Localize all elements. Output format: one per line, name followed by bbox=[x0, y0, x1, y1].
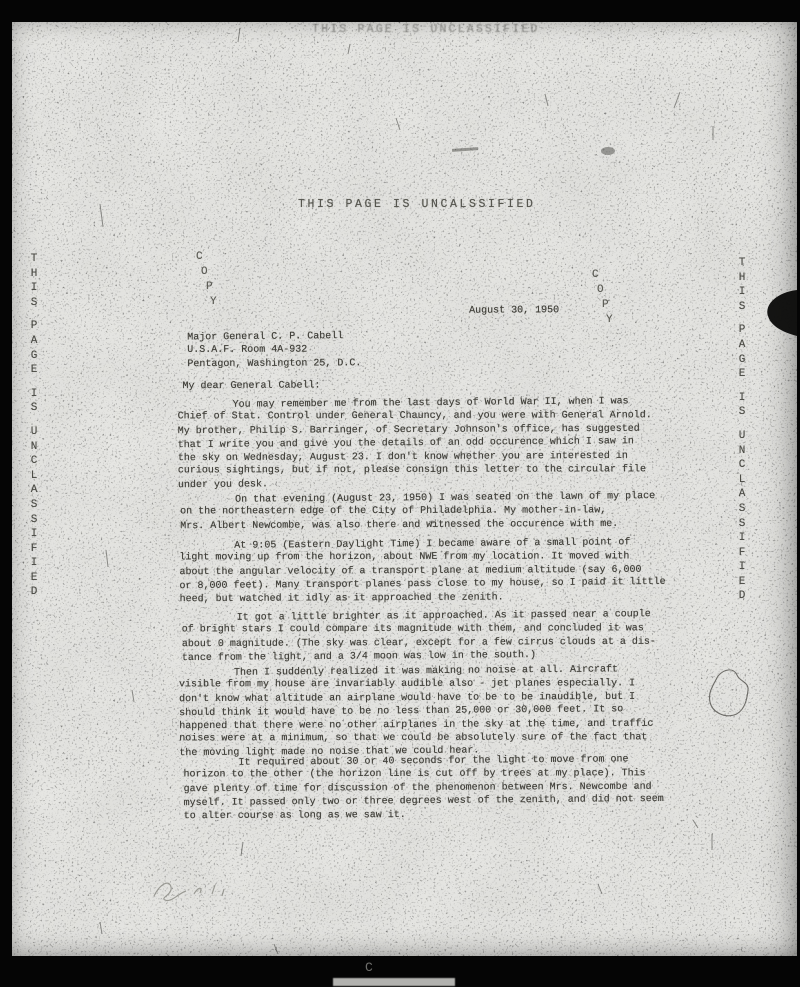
letter-body: August 30, 1950 Major General C. P. Cabe… bbox=[10, 20, 800, 958]
bottom-edge-letter: C bbox=[365, 960, 373, 975]
text-line: Mrs. Albert Newcombe, was also there and… bbox=[180, 517, 720, 533]
scanner-bar-artifact bbox=[333, 978, 455, 986]
paragraph-5: Then I suddenly realized it was making n… bbox=[179, 663, 719, 760]
recipient-address: Major General C. P. CabellU.S.A.F. Room … bbox=[187, 330, 361, 371]
text-line: horizon to the other (the horizon line i… bbox=[183, 767, 723, 782]
letter-paper: THIS PAGE IS UNCLASSIFIED THIS PAGE IS U… bbox=[12, 22, 797, 956]
paragraph-6: It required about 30 or 40 seconds for t… bbox=[183, 753, 723, 823]
text-line: Pentagon, Washington 25, D.C. bbox=[187, 357, 361, 371]
paragraph-3: At 9:05 (Eastern Daylight Time) I became… bbox=[179, 536, 719, 606]
text-line: of bright stars I could compare its magn… bbox=[182, 622, 722, 637]
text-line: light moving up from the horizon, about … bbox=[179, 550, 719, 565]
paragraph-4: It got a little brighter as it approache… bbox=[182, 608, 722, 664]
text-line: on the northeastern edge of the City of … bbox=[180, 504, 720, 519]
text-line: Chief of Stat. Control under General Cha… bbox=[178, 410, 718, 425]
paragraph-1: You may remember me from the last days o… bbox=[178, 395, 718, 492]
paragraph-2: On that evening (August 23, 1950) I was … bbox=[180, 490, 720, 533]
text-line: U.S.A.F. Room 4A-932 bbox=[187, 344, 361, 358]
letter-date: August 30, 1950 bbox=[469, 305, 559, 316]
text-line: visible from my house are invariably aud… bbox=[179, 678, 719, 693]
salutation: My dear General Cabell: bbox=[182, 380, 320, 392]
scanned-document-page: THIS PAGE IS UNCLASSIFIED THIS PAGE IS U… bbox=[0, 0, 800, 987]
